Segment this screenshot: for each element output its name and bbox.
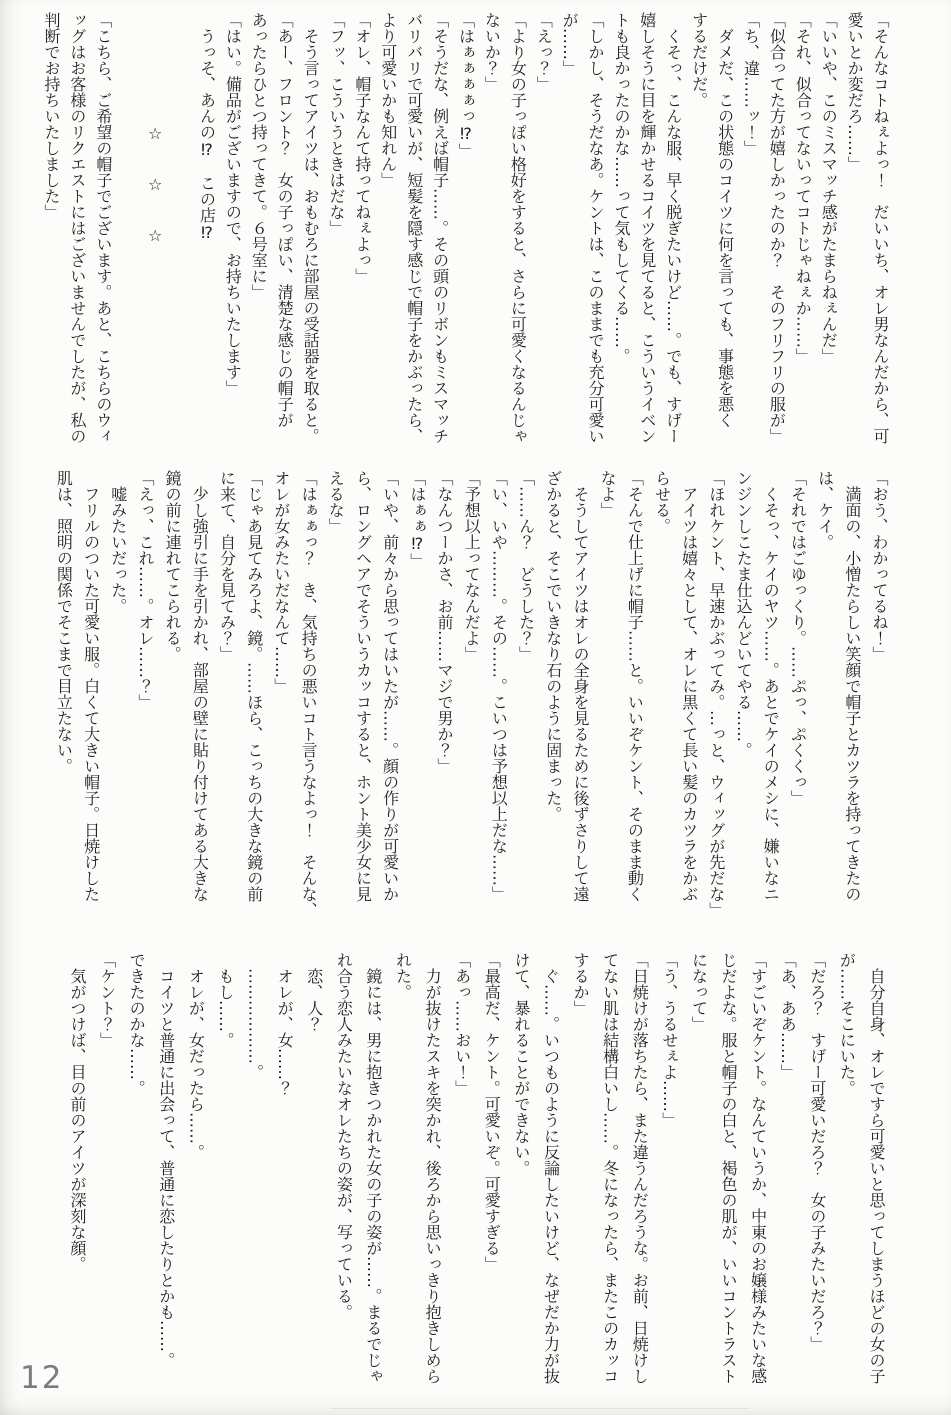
- top-text-block: 「そんなコトねぇよっ！ だいいち、オレ男なんだから、可 愛いとか変だろ……」 「…: [38, 12, 893, 464]
- novel-page: 「そんなコトねぇよっ！ だいいち、オレ男なんだから、可 愛いとか変だろ……」 「…: [0, 0, 951, 1415]
- page-number: 12: [20, 1360, 63, 1396]
- scan-edge-line: [330, 1408, 750, 1409]
- middle-text-block: 「おう、わかってるね！」 満面の、小憎たらしい笑顔で帽子とカツラを持ってきたの …: [50, 470, 893, 930]
- bottom-text-block: 自分自身、オレですら可愛いと思ってしまうほどの女の子 が……そこにいた。 「だろ…: [62, 952, 891, 1404]
